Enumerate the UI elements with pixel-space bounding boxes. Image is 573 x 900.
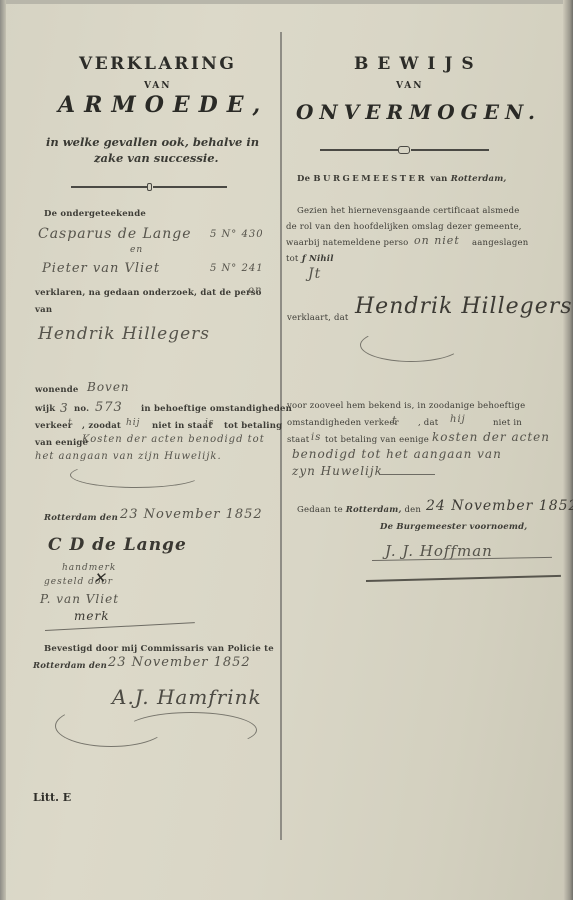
litt-label: Litt. E: [33, 791, 71, 804]
assessed-prefix: tot: [286, 254, 299, 264]
mayor-aforesaid: De Burgemeester voornoemd,: [380, 522, 527, 532]
mayor-header-prefix: De: [297, 174, 310, 184]
costs-handwritten-line1: Kosten der acten benodigd tot: [82, 434, 265, 445]
left-subject: ARMOEDE,: [58, 92, 269, 118]
known-line2a: omstandigheden verkeer: [287, 418, 399, 428]
no-label: no.: [74, 404, 89, 414]
not-able-text: niet in staat: [152, 421, 212, 431]
mayor-header-van: van: [430, 174, 447, 184]
seen-line3a: waarbij natemeldene perso: [286, 238, 408, 248]
column-divider: [280, 32, 282, 840]
verkeer-handwritten: t: [68, 418, 73, 428]
subject-name-handwritten: Hendrik Hillegers: [38, 324, 210, 344]
document-page: VERKLARING VAN ARMOEDE, in welke gevalle…: [0, 0, 573, 900]
known-line3b: tot betaling van eenige: [325, 435, 429, 445]
declare-text: verklaren, na gedaan onderzoek, dat de p…: [35, 288, 262, 298]
circumstances-text: in behoeftige omstandigheden: [141, 404, 292, 414]
done-label: Gedaan te Rotterdam, den: [297, 505, 421, 515]
done-date-handwritten: 24 November 1852.: [426, 498, 573, 514]
witness2-number-handwritten: 5 N° 241: [210, 263, 264, 274]
left-van: VAN: [144, 81, 172, 91]
mayor-header: De BURGEMEESTER van Rotterdam,: [297, 174, 507, 184]
mayor-header-title: BURGEMEESTER: [313, 174, 427, 184]
payment-text: tot betaling: [224, 421, 282, 431]
mark-note-1: handmerk: [62, 563, 116, 573]
done-city: Rotterdam,: [346, 505, 402, 515]
wijk-label: wijk: [35, 404, 55, 414]
left-title: VERKLARING: [79, 54, 236, 74]
costs-handwritten-line2: het aangaan van zijn Huwelijk.: [35, 451, 222, 462]
commissaris-flourish-2: [125, 712, 257, 748]
known-line2-handwritten2: hij: [450, 414, 466, 425]
zoodat-label: , zoodat: [82, 421, 121, 431]
seen-line3b: aangeslagen: [472, 238, 528, 248]
flourish-line: [70, 462, 202, 488]
right-costs-handwritten-line2: benodigd tot het aangaan van: [292, 447, 502, 461]
known-line3a: staat: [287, 435, 309, 445]
confirm-date-handwritten: 23 November 1852: [108, 655, 251, 670]
known-line2c: niet in: [493, 418, 522, 428]
name-flourish: [360, 328, 462, 362]
done-label-text: Gedaan te: [297, 505, 343, 515]
initials-handwritten: Jt: [308, 266, 321, 282]
verkeer-label: verkeer: [35, 421, 72, 431]
witness2-name-handwritten: Pieter van Vliet: [42, 261, 160, 276]
left-subtitle-line1: in welke gevallen ook, behalve in: [46, 135, 259, 149]
confirm-place: Rotterdam den: [33, 661, 107, 671]
witness1-signature: C D de Lange: [48, 535, 187, 555]
mayor-header-city: Rotterdam,: [451, 174, 507, 184]
assessed-value: ƒ Nihil: [302, 254, 334, 264]
seen-line3-handwritten: on niet: [414, 234, 460, 247]
page-edge-top: [0, 0, 573, 4]
and-handwritten: en: [130, 245, 143, 255]
is-handwritten: is: [205, 418, 215, 428]
right-van: VAN: [396, 81, 424, 91]
residing-handwritten: Boven: [87, 380, 130, 394]
declare-suffix-handwritten: on: [248, 285, 262, 296]
seen-line1: Gezien het hiernevensgaande certificaat …: [297, 206, 520, 216]
any-label: van eenige: [35, 438, 88, 448]
left-subtitle-line2: zake van successie.: [94, 151, 219, 165]
right-costs-handwritten-line1: kosten der acten: [432, 430, 550, 444]
right-subject: ONVERMOGEN.: [296, 100, 541, 124]
no-handwritten: 573: [95, 400, 123, 415]
cross-mark: ✕: [93, 569, 107, 587]
page-edge-left: [0, 0, 6, 900]
van-label: van: [35, 305, 52, 315]
declares-label: verklaart, dat: [287, 313, 349, 323]
known-line1: voor zooveel hem bekend is, in zoodanige…: [287, 401, 525, 411]
costs-dash: [380, 474, 435, 475]
known-line2b: , dat: [418, 418, 438, 428]
zoodat-handwritten: hij: [126, 418, 140, 428]
wijk-handwritten: 3: [60, 401, 69, 415]
witness1-name-handwritten: Casparus de Lange: [38, 226, 192, 242]
known-line3-handwritten: is: [311, 432, 321, 443]
signature-underline: [45, 622, 195, 631]
declares-name-handwritten: Hendrik Hillegers: [355, 294, 573, 319]
place-date-label: Rotterdam den: [44, 513, 118, 523]
known-line2-handwritten: t: [392, 414, 397, 427]
page-edge-right: [563, 0, 573, 900]
seen-line2: de rol van den hoofdelijken omslag dezer…: [286, 222, 522, 232]
residing-label: wonende: [35, 385, 79, 395]
place-date-handwritten: 23 November 1852: [120, 507, 263, 522]
mayor-signature-rule: [366, 575, 561, 582]
confirm-text: Bevestigd door mij Commissaris van Polic…: [44, 644, 274, 654]
witness1-number-handwritten: 5 N° 430: [210, 229, 264, 240]
right-title: BEWIJS: [354, 54, 483, 74]
mark-note-4: merk: [74, 609, 110, 623]
undersigned-label: De ondergeteekende: [44, 209, 146, 219]
commissaris-signature: A.J. Hamfrink: [112, 685, 262, 709]
done-den: den: [405, 505, 422, 515]
mark-note-3: P. van Vliet: [40, 592, 119, 606]
right-costs-handwritten-line3: zyn Huwelijk: [292, 464, 383, 478]
